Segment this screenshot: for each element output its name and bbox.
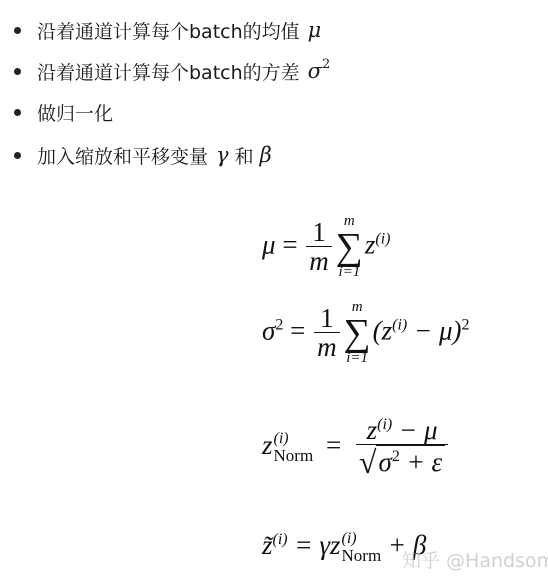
sqrt: √σ2 + ε [359,445,445,478]
bullet-scale-shift: 加入缩放和平移变量 γ 和 β [14,140,272,170]
eq-sign: = [326,430,341,460]
bullet-text: 做归一化 [37,99,113,126]
eq-lhs: σ [262,315,275,345]
summation: m ∑ i=1 [344,300,371,366]
bullet-mean: 沿着通道计算每个batch的均值 μ [14,15,321,45]
fraction: z(i) − μ √σ2 + ε [356,416,448,480]
math-mu: μ [308,18,322,42]
fraction: 1m [314,304,340,363]
eq-lhs: z̃ [262,530,273,560]
equation-variance: σ2 = 1m m ∑ i=1 (z(i) − μ)2 [262,300,470,366]
bullet-text: 沿着通道计算每个batch的均值 [37,17,300,44]
bullet-text: 沿着通道计算每个batch的方差 [37,58,300,85]
eq-sign: = [282,229,297,259]
math-sigma: σ2 [308,59,331,83]
bullet-dot [14,27,21,34]
bullet-dot [14,68,21,75]
bullet-text: 加入缩放和平移变量 [37,142,208,169]
eq-lhs: μ [262,229,276,259]
bullet-and: 和 [235,142,254,169]
bullet-dot [14,109,21,116]
equation-normalize: z(i)Norm = z(i) − μ √σ2 + ε [262,416,450,480]
summation: m ∑ i=1 [336,214,363,280]
eq-term: z [365,229,376,259]
eq-lhs: z [262,430,273,460]
bullet-variance: 沿着通道计算每个batch的方差 σ2 [14,56,330,86]
math-beta: β [260,143,272,167]
bullet-normalize: 做归一化 [14,97,113,127]
eq-term: (z [373,315,393,345]
math-gamma: γ [216,143,229,167]
equation-mean: μ = 1m m ∑ i=1 z(i) [262,214,391,280]
watermark: 知乎 @Handsome [402,546,548,573]
eq-sign: = γ [294,530,330,560]
bullet-dot [14,152,21,159]
eq-sign: = [290,315,305,345]
fraction: 1m [306,218,332,277]
